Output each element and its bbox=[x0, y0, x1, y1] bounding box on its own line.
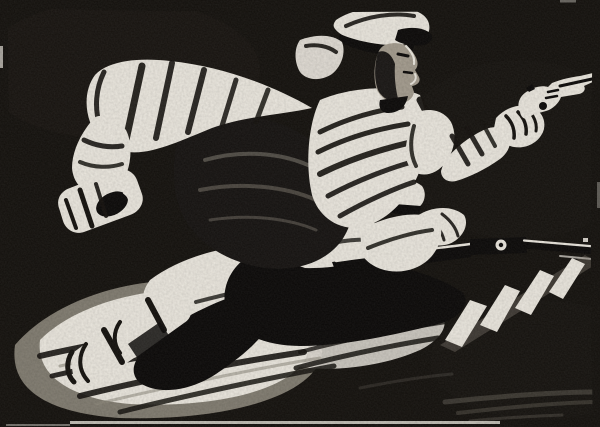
print-grain bbox=[0, 0, 600, 427]
battle-illustration bbox=[0, 0, 600, 427]
illustration-canvas bbox=[0, 0, 600, 427]
